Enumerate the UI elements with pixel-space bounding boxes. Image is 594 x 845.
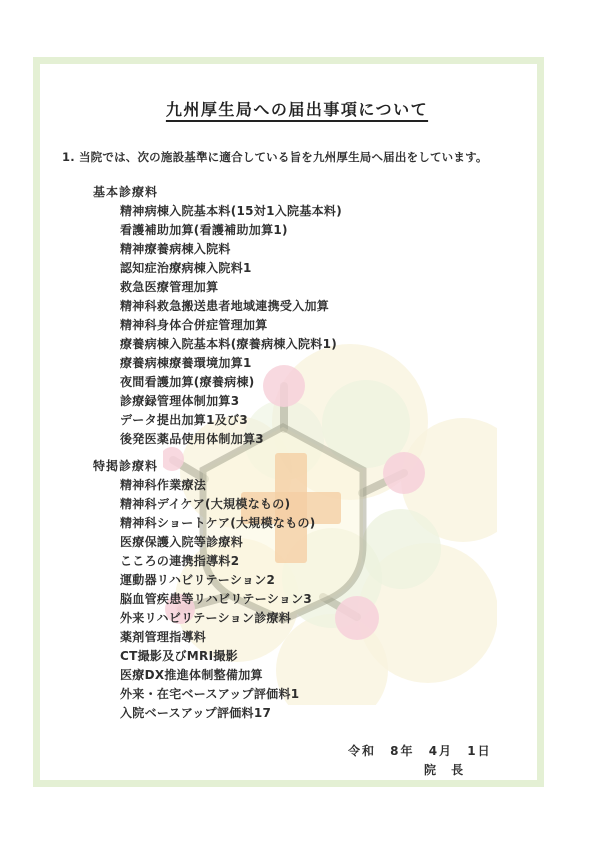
- signature-title: 院 長: [424, 761, 466, 778]
- list-item: 医療保護入院等診療料: [120, 533, 342, 552]
- list-item: 入院ベースアップ評価料17: [120, 704, 342, 723]
- list-item: 精神病棟入院基本料(15対1入院基本料): [120, 202, 342, 221]
- list-item: 精神療養病棟入院料: [120, 240, 342, 259]
- list-item: 認知症治療病棟入院料1: [120, 259, 342, 278]
- list-item: 精神科作業療法: [120, 476, 342, 495]
- intro-text: 1. 当院では、次の施設基準に適合している旨を九州厚生局へ届出をしています。: [62, 149, 488, 165]
- list-item: 精神科ショートケア(大規模なもの): [120, 514, 342, 533]
- document-page: 九州厚生局への届出事項について 1. 当院では、次の施設基準に適合している旨を九…: [0, 0, 594, 845]
- list-item: 精神科救急搬送患者地域連携受入加算: [120, 297, 342, 316]
- list-item: 夜間看護加算(療養病棟): [120, 373, 342, 392]
- page-title: 九州厚生局への届出事項について: [0, 97, 594, 120]
- list-item: 外来・在宅ベースアップ評価料1: [120, 685, 342, 704]
- list-item: データ提出加算1及び3: [120, 411, 342, 430]
- section-basic-medical-fees: 基本診療料精神病棟入院基本料(15対1入院基本料)看護補助加算(看護補助加算1)…: [93, 183, 342, 449]
- section-special-medical-fees: 特掲診療料精神科作業療法精神科デイケア(大規模なもの)精神科ショートケア(大規模…: [93, 457, 342, 723]
- list-item: 療養病棟入院基本料(療養病棟入院料1): [120, 335, 342, 354]
- list-item: 看護補助加算(看護補助加算1): [120, 221, 342, 240]
- section-heading: 基本診療料: [93, 183, 342, 202]
- list-item: 医療DX推進体制整備加算: [120, 666, 342, 685]
- list-item: 診療録管理体制加算3: [120, 392, 342, 411]
- list-item: 後発医薬品使用体制加算3: [120, 430, 342, 449]
- list-item: 救急医療管理加算: [120, 278, 342, 297]
- sections: 基本診療料精神病棟入院基本料(15対1入院基本料)看護補助加算(看護補助加算1)…: [93, 183, 342, 731]
- document-content: 九州厚生局への届出事項について 1. 当院では、次の施設基準に適合している旨を九…: [0, 0, 594, 845]
- list-item: こころの連携指導料2: [120, 552, 342, 571]
- item-list: 精神病棟入院基本料(15対1入院基本料)看護補助加算(看護補助加算1)精神療養病…: [93, 202, 342, 449]
- list-item: 精神科デイケア(大規模なもの): [120, 495, 342, 514]
- date-text: 令和 8年 4月 1日: [348, 742, 492, 759]
- list-item: 外来リハビリテーション診療料: [120, 609, 342, 628]
- item-list: 精神科作業療法精神科デイケア(大規模なもの)精神科ショートケア(大規模なもの)医…: [93, 476, 342, 723]
- list-item: 脳血管疾患等リハビリテーション3: [120, 590, 342, 609]
- list-item: 精神科身体合併症管理加算: [120, 316, 342, 335]
- list-item: 薬剤管理指導料: [120, 628, 342, 647]
- list-item: 療養病棟療養環境加算1: [120, 354, 342, 373]
- section-heading: 特掲診療料: [93, 457, 342, 476]
- list-item: CT撮影及びMRI撮影: [120, 647, 342, 666]
- list-item: 運動器リハビリテーション2: [120, 571, 342, 590]
